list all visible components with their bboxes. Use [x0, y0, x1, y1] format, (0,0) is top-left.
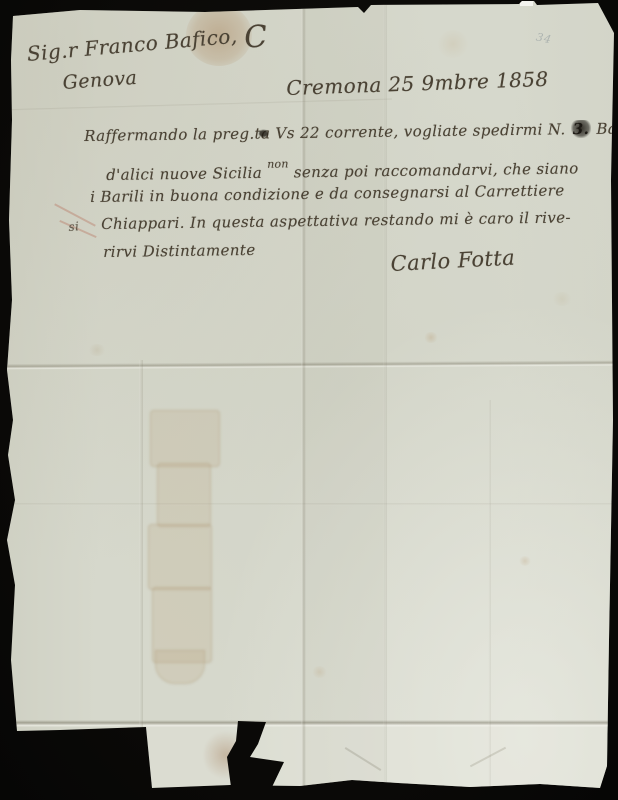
foxing-spot [552, 292, 572, 306]
foxing-spot [424, 332, 438, 343]
crease-bottom-right-2 [470, 747, 506, 768]
crease-bottom-right-1 [345, 747, 382, 771]
fold-line-horizontal-bottom [12, 720, 608, 727]
body-line-2-end: senza poi raccomandarvi, che siano [294, 159, 579, 181]
scanned-letter-background: Sig.r Franco Bafico, C Genova Cremona 25… [0, 0, 618, 800]
fold-line-horizontal-faint [0, 503, 618, 506]
paper-sliver [520, 1, 533, 6]
fold-line-vertical-right [488, 400, 491, 788]
address-recipient-line: Sig.r Franco Bafico, C [26, 21, 268, 66]
body-line-5: rirvi Distintamente [103, 241, 256, 261]
seal-residue-stain-1 [150, 410, 220, 467]
body-line-2: d'alici nuove Sicilia non senza poi racc… [106, 153, 579, 184]
fold-shading-band [303, 0, 385, 788]
foxing-spot [519, 556, 531, 566]
seal-residue-stain-3 [148, 524, 212, 590]
body-line-4: Chiappari. In questa aspettativa restand… [101, 208, 571, 233]
fold-line-vertical-left [139, 360, 143, 788]
pencil-note: 34 [535, 30, 553, 46]
margin-mark: si [68, 219, 80, 234]
address-recipient: Sig.r Franco Bafico, [26, 24, 238, 66]
bottom-flap-highlight [146, 723, 606, 787]
foxing-spot [88, 344, 106, 356]
body-line-1: Raffermando la preg.ta Vs 22 corrente, v… [84, 119, 618, 145]
address-flourish: C [243, 19, 269, 56]
body-line-2-start: d'alici nuove Sicilia [106, 164, 262, 184]
fold-line-horizontal-main [0, 360, 618, 370]
signature: Carlo Fotta [390, 245, 516, 275]
ink-speck [259, 130, 268, 137]
body-line-3: i Barili in buona condizione e da conseg… [90, 181, 565, 206]
foxing-spot [312, 666, 327, 678]
seal-residue-stain-5 [155, 650, 205, 684]
address-city: Genova [62, 67, 138, 94]
date-line: Cremona 25 9mbre 1858 [286, 67, 549, 100]
fold-line-vertical-center [301, 0, 306, 788]
ink-blotted-number: 3. [571, 120, 592, 138]
seal-residue-stain-2 [157, 463, 211, 527]
letter-paper: Sig.r Franco Bafico, C Genova Cremona 25… [0, 0, 618, 800]
foxing-spot [436, 30, 470, 58]
fold-line-vertical-center-right [383, 0, 387, 788]
body-line-1-text: Raffermando la preg.ta Vs 22 corrente, v… [84, 120, 566, 145]
crease-top [0, 99, 392, 112]
body-line-1-end: Barili [596, 119, 618, 138]
interlinear-insertion: non [267, 157, 289, 170]
